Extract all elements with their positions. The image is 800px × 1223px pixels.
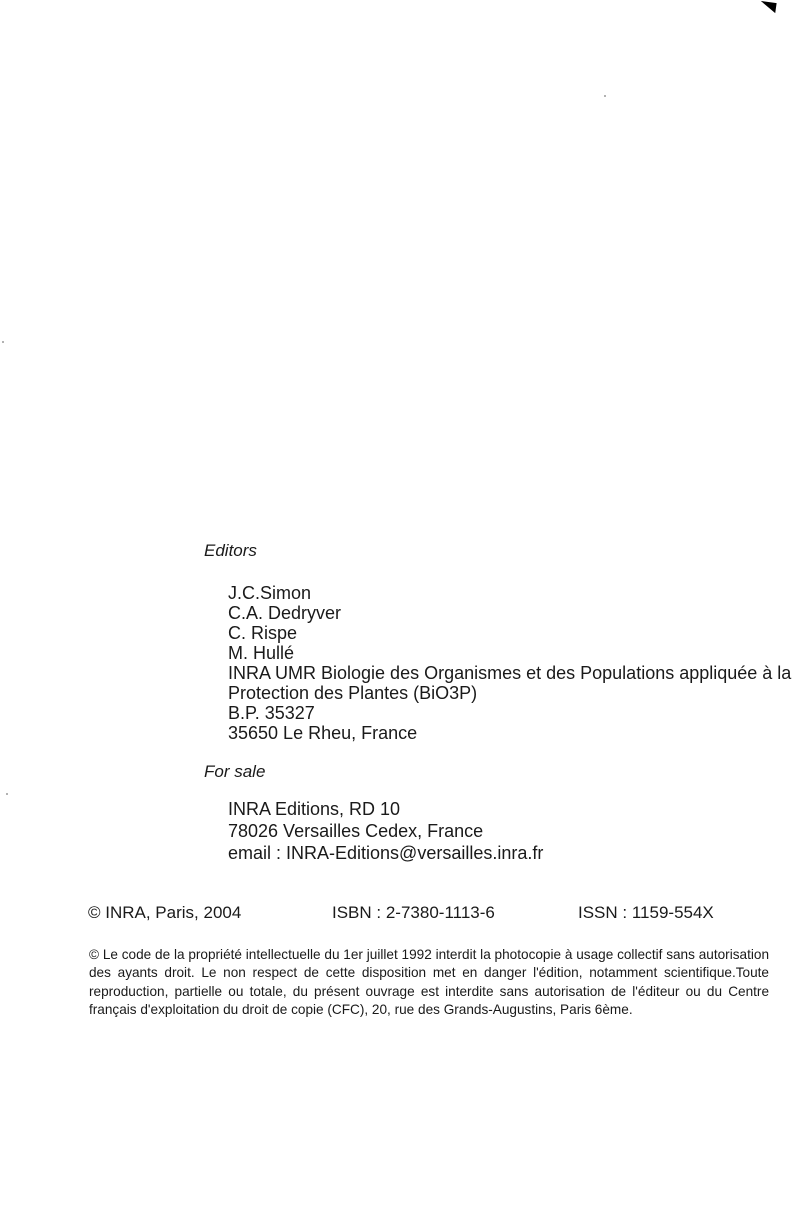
editor-name: M. Hullé [228, 643, 791, 663]
for-sale-list: INRA Editions, RD 10 78026 Versailles Ce… [228, 798, 543, 864]
editors-list: J.C.Simon C.A. Dedryver C. Rispe M. Hull… [228, 583, 791, 743]
document-page: Editors J.C.Simon C.A. Dedryver C. Rispe… [0, 0, 800, 1223]
editor-name: C.A. Dedryver [228, 603, 791, 623]
editors-heading: Editors [204, 541, 257, 561]
publisher-email: email : INRA-Editions@versailles.inra.fr [228, 842, 543, 864]
legal-notice: © Le code de la propriété intellectuelle… [89, 946, 769, 1020]
editor-address: 35650 Le Rheu, France [228, 723, 791, 743]
isbn: ISBN : 2-7380-1113-6 [332, 903, 495, 923]
scan-speck [6, 793, 8, 795]
editor-affiliation: INRA UMR Biologie des Organismes et des … [228, 663, 791, 683]
scan-corner-mark [759, 1, 776, 13]
editor-affiliation: Protection des Plantes (BiO3P) [228, 683, 791, 703]
for-sale-heading: For sale [204, 762, 265, 782]
scan-speck [604, 95, 606, 97]
publisher-name: INRA Editions, RD 10 [228, 798, 543, 820]
scan-speck [2, 341, 4, 343]
editor-address: B.P. 35327 [228, 703, 791, 723]
editor-name: J.C.Simon [228, 583, 791, 603]
issn: ISSN : 1159-554X [578, 903, 714, 923]
editor-name: C. Rispe [228, 623, 791, 643]
publisher-address: 78026 Versailles Cedex, France [228, 820, 543, 842]
copyright-line: © INRA, Paris, 2004 [88, 903, 241, 923]
